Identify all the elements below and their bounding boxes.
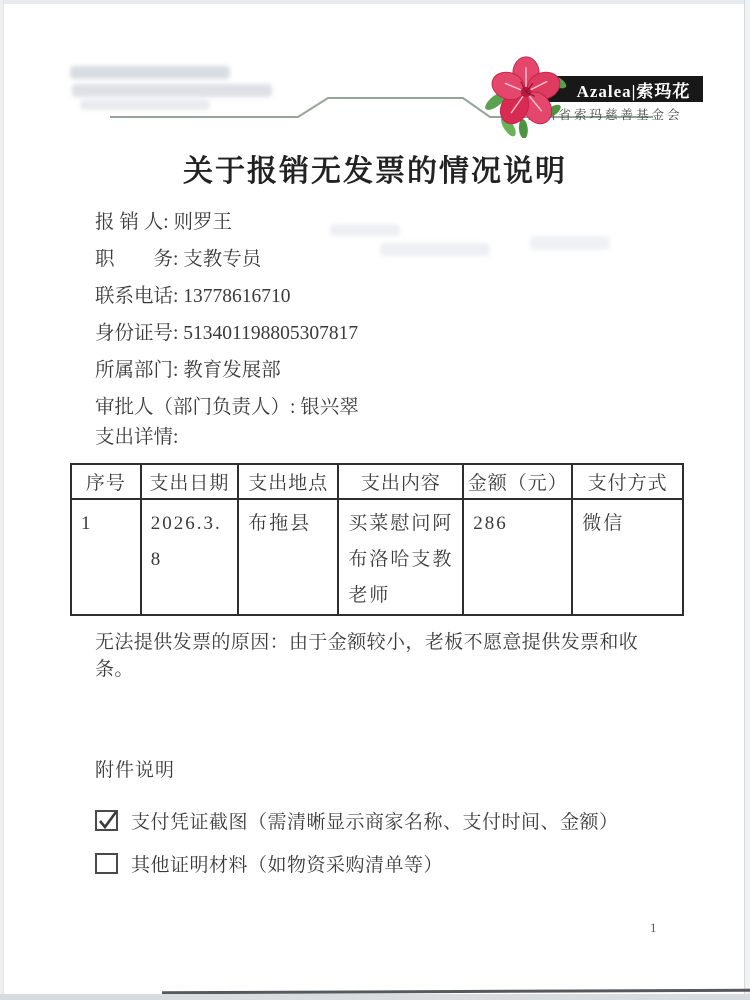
field-value: 则罗王 [174, 212, 233, 233]
logo-banner-text: Azalea|索玛花 [577, 77, 691, 102]
scan-edge-bottom [0, 994, 750, 1000]
column-header: 支出日期 [141, 464, 238, 499]
cell-payment-method: 微信 [572, 499, 683, 615]
attachment-item-payment-proof: 支付凭证截图（需清晰显示商家名称、支付时间、金额） [95, 807, 619, 834]
field-value: 教育发展部 [183, 360, 281, 381]
expense-table-header-row: 序号 支出日期 支出地点 支出内容 金额（元） 支付方式 [71, 464, 683, 499]
field-label: 身份证号: [95, 323, 183, 344]
field-label: 所属部门: [95, 360, 183, 381]
field-label: 审批人（部门负责人）: [95, 397, 300, 418]
field-value: 银兴翠 [300, 397, 359, 418]
attachments-section: 附件说明 支付凭证截图（需清晰显示商家名称、支付时间、金额） 其他证明材料（如物… [95, 755, 619, 893]
document-title: 关于报销无发票的情况说明 [0, 146, 750, 190]
scanned-document-page: { "header": { "logo": { "banner_text": "… [0, 0, 750, 1000]
field-id-number: 身份证号: 513401198805307817 [95, 315, 359, 352]
field-value: 支教专员 [183, 249, 261, 270]
azalea-flower-icon [482, 46, 570, 138]
checkbox-payment-proof[interactable] [95, 810, 118, 831]
scan-bleed-artifact [72, 84, 272, 97]
field-label: 支出详情: [95, 427, 183, 448]
column-header: 序号 [71, 464, 141, 499]
cell-amount: 286 [463, 499, 572, 615]
cell-location: 布拖县 [238, 499, 338, 615]
expense-table: 序号 支出日期 支出地点 支出内容 金额（元） 支付方式 1 2026.3.8 … [70, 463, 684, 616]
attachment-item-label: 支付凭证截图（需清晰显示商家名称、支付时间、金额） [131, 807, 619, 834]
attachment-item-label: 其他证明材料（如物资采购清单等） [131, 850, 443, 877]
scan-edge-top [0, 0, 750, 4]
check-mark-icon [95, 808, 119, 832]
field-department: 所属部门: 教育发展部 [95, 352, 359, 389]
scan-bleed-artifact [80, 100, 210, 110]
scan-bleed-artifact [530, 236, 610, 250]
cell-index: 1 [71, 499, 141, 615]
expense-table-row: 1 2026.3.8 布拖县 买菜慰问阿布洛哈支教老师 286 微信 [71, 499, 683, 615]
form-fields: 报 销 人: 则罗王 职 务: 支教专员 联系电话: 13778616710 身… [95, 204, 359, 456]
field-label: 报 销 人: [95, 212, 174, 233]
cell-description: 买菜慰问阿布洛哈支教老师 [338, 499, 463, 615]
field-value: 513401198805307817 [183, 323, 358, 344]
field-label: 联系电话: [95, 286, 183, 307]
column-header: 支付方式 [572, 464, 683, 499]
field-value: 13778616710 [183, 286, 290, 307]
checkbox-other-proof[interactable] [95, 853, 118, 874]
page-number: 1 [650, 920, 657, 936]
scan-bleed-artifact [380, 243, 490, 256]
cell-date: 2026.3.8 [141, 499, 238, 615]
column-header: 支出地点 [238, 464, 338, 499]
column-header: 金额（元） [463, 464, 572, 499]
scan-bleed-artifact [70, 66, 230, 79]
attachment-item-other-proof: 其他证明材料（如物资采购清单等） [95, 850, 619, 877]
attachments-heading: 附件说明 [95, 755, 619, 782]
field-phone: 联系电话: 13778616710 [95, 278, 359, 315]
no-invoice-reason: 无法提供发票的原因：由于金额较小，老板不愿意提供发票和收条。 [95, 627, 675, 681]
column-header: 支出内容 [338, 464, 463, 499]
field-reimburser: 报 销 人: 则罗王 [95, 204, 359, 241]
field-label: 职 务: [95, 249, 183, 270]
field-position: 职 务: 支教专员 [95, 241, 359, 278]
